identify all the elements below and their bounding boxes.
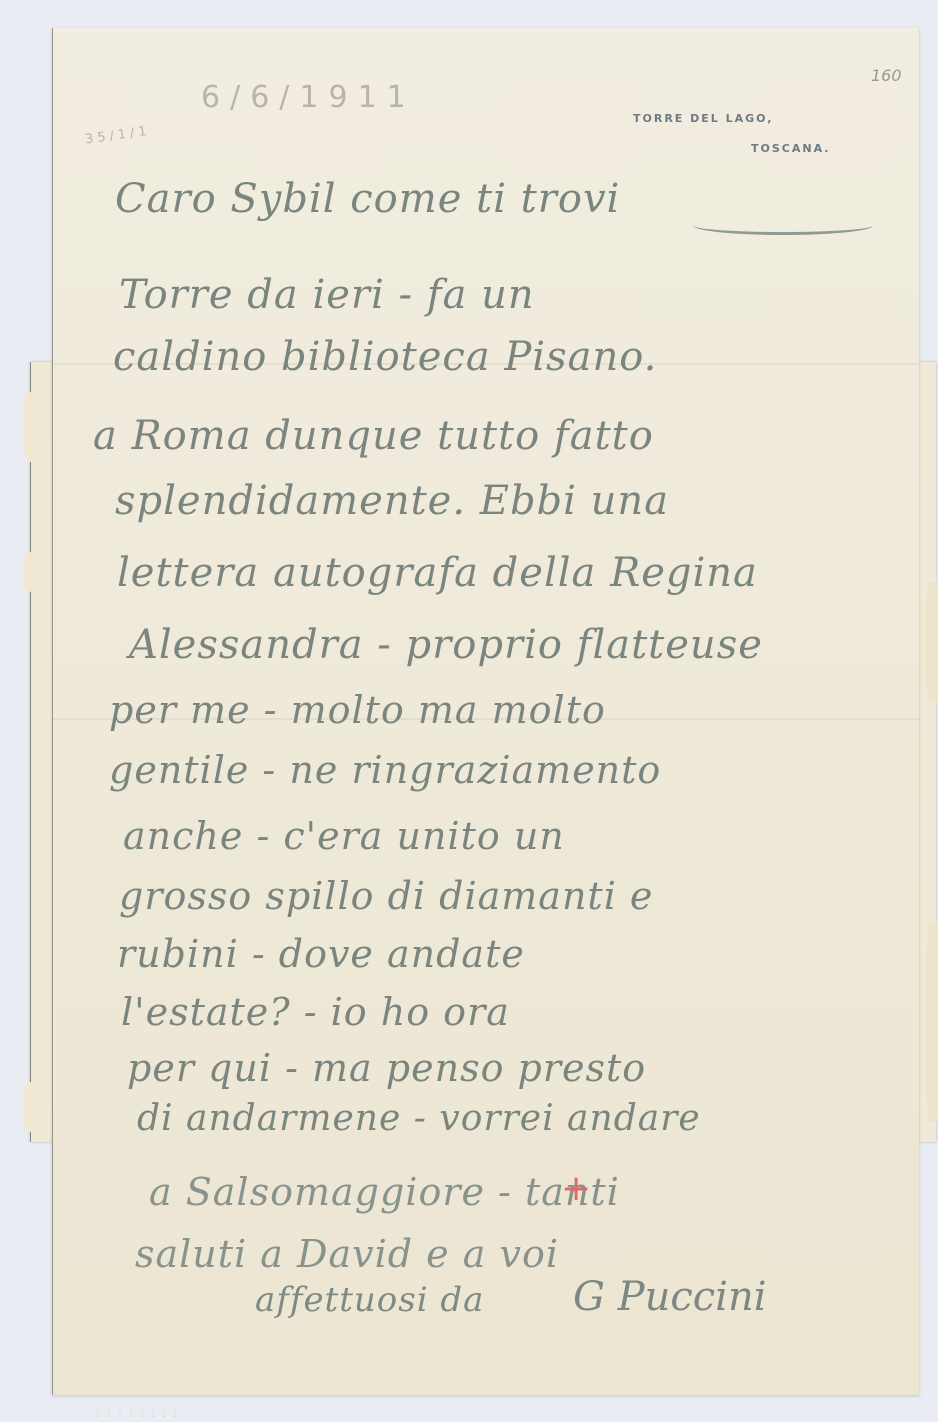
letter-page: 35/1/1 6/6/1911 160 TORRE DEL LAGO, TOSC… (52, 28, 919, 1395)
underline-stroke (693, 216, 873, 235)
letter-line: Alessandra - proprio flatteuse (129, 622, 763, 668)
catalog-mark: 35/1/1 (84, 123, 151, 147)
letter-line: di andarmene - vorrei andare (137, 1098, 701, 1139)
letter-line: Caro Sybil come ti trovi (115, 176, 620, 222)
letter-line: gentile - ne ringraziamento (109, 748, 661, 792)
letterhead-region: TOSCANA. (751, 142, 830, 155)
letter-line: anche - c'era unito un (123, 814, 565, 858)
stamp-residue: ⋮⋮⋮⋮⋮⋮⋮⋮ (93, 1408, 181, 1419)
letter-line: a Roma dunque tutto fatto (93, 413, 654, 459)
letter-line: per me - molto ma molto (109, 688, 606, 732)
signature: G Puccini (573, 1274, 767, 1320)
letter-line: caldino biblioteca Pisano. (113, 334, 657, 380)
torn-edge (926, 922, 938, 1122)
letter-line: splendidamente. Ebbi una (115, 478, 669, 524)
letter-line: l'estate? - io ho ora (121, 990, 510, 1034)
letter-line: Torre da ieri - fa un (119, 272, 535, 318)
red-cross-mark: + (561, 1168, 591, 1209)
torn-edge (926, 582, 938, 702)
letterhead-location: TORRE DEL LAGO, (633, 112, 773, 125)
torn-edge (23, 392, 35, 462)
letter-line: rubini - dove andate (117, 932, 525, 976)
letter-line: saluti a David e a voi (135, 1232, 559, 1276)
letter-line: lettera autografa della Regina (117, 550, 758, 596)
torn-edge (23, 552, 35, 592)
letter-line: affettuosi da (255, 1280, 484, 1320)
torn-edge (23, 1082, 35, 1132)
letter-line: a Salsomaggiore - tanti (149, 1170, 620, 1214)
pencil-date: 6/6/1911 (201, 80, 416, 115)
page-number: 160 (871, 66, 902, 85)
letter-line: per qui - ma penso presto (127, 1046, 646, 1090)
letter-line: grosso spillo di diamanti e (119, 874, 653, 918)
